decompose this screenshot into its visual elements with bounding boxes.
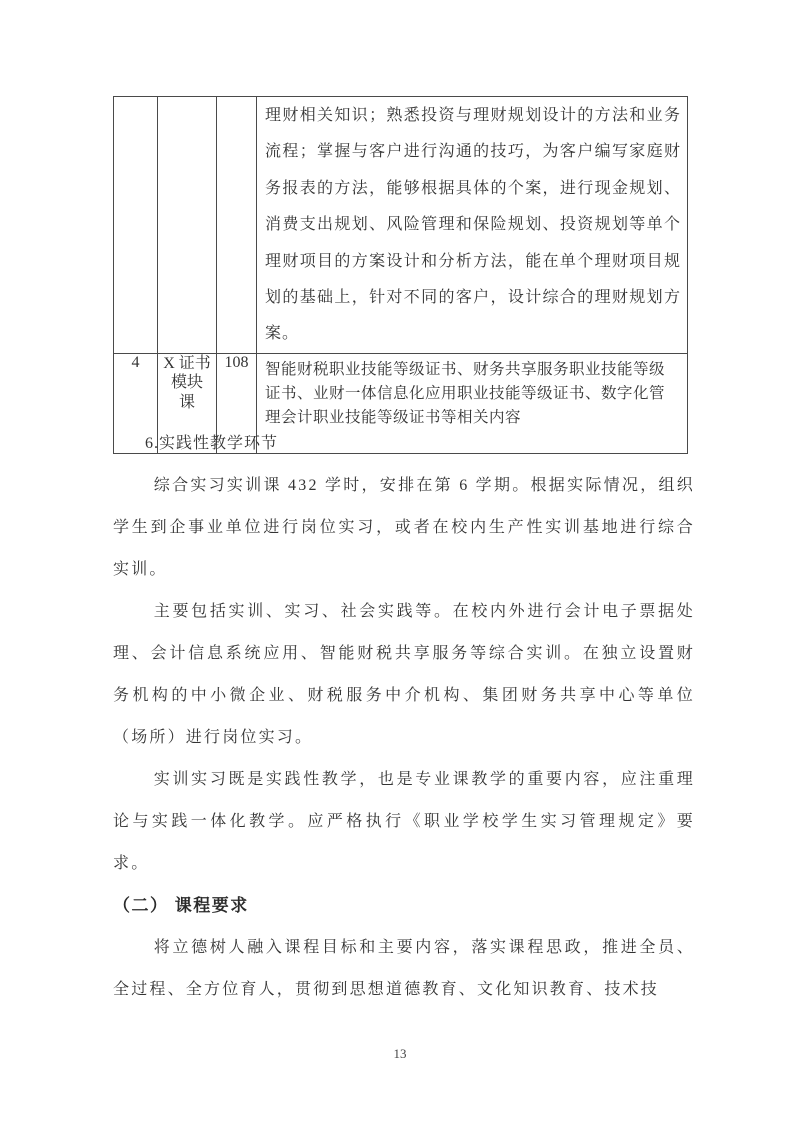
table-row-continuation: 理财相关知识；熟悉投资与理财规划设计的方法和业务流程；掌握与客户进行沟通的技巧，… — [114, 97, 688, 354]
paragraph-training-requirement: 实训实习既是实践性教学，也是专业课教学的重要内容，应注重理论与实践一体化教学。应… — [113, 759, 695, 885]
document-page: 理财相关知识；熟悉投资与理财规划设计的方法和业务流程；掌握与客户进行沟通的技巧，… — [0, 0, 800, 1131]
cell-no-empty — [114, 97, 158, 354]
curriculum-table: 理财相关知识；熟悉投资与理财规划设计的方法和业务流程；掌握与客户进行沟通的技巧，… — [113, 96, 688, 454]
paragraph-curriculum-ideology: 将立德树人融入课程目标和主要内容，落实课程思政，推进全员、全过程、全方位育人，贯… — [113, 927, 695, 1011]
section-heading-course-requirements: （二） 课程要求 — [113, 885, 695, 927]
finance-planning-text: 理财相关知识；熟悉投资与理财规划设计的方法和业务流程；掌握与客户进行沟通的技巧，… — [257, 97, 687, 353]
module-name-line-1: X 证书 — [158, 354, 216, 374]
module-name-line-2: 模块 — [158, 373, 216, 393]
table-container: 理财相关知识；熟悉投资与理财规划设计的方法和业务流程；掌握与客户进行沟通的技巧，… — [113, 96, 688, 454]
cell-content-finance: 理财相关知识；熟悉投资与理财规划设计的方法和业务流程；掌握与客户进行沟通的技巧，… — [257, 97, 688, 354]
body-text: 6.实践性教学环节 综合实习实训课 432 学时，安排在第 6 学期。根据实际情… — [113, 423, 695, 1011]
certificates-text: 智能财税职业技能等级证书、财务共享服务职业技能等级证书、业财一体信息化应用职业技… — [257, 354, 687, 430]
paragraph-practice-content: 主要包括实训、实习、社会实践等。在校内外进行会计电子票据处理、会计信息系统应用、… — [113, 591, 695, 759]
module-name-line-3: 课 — [158, 393, 216, 413]
section-heading-practical-teaching: 6.实践性教学环节 — [113, 423, 695, 465]
page-number: 13 — [0, 1046, 800, 1062]
cell-module-empty — [158, 97, 217, 354]
cell-hours-empty — [217, 97, 257, 354]
paragraph-internship-arrangement: 综合实习实训课 432 学时，安排在第 6 学期。根据实际情况，组织学生到企事业… — [113, 465, 695, 591]
